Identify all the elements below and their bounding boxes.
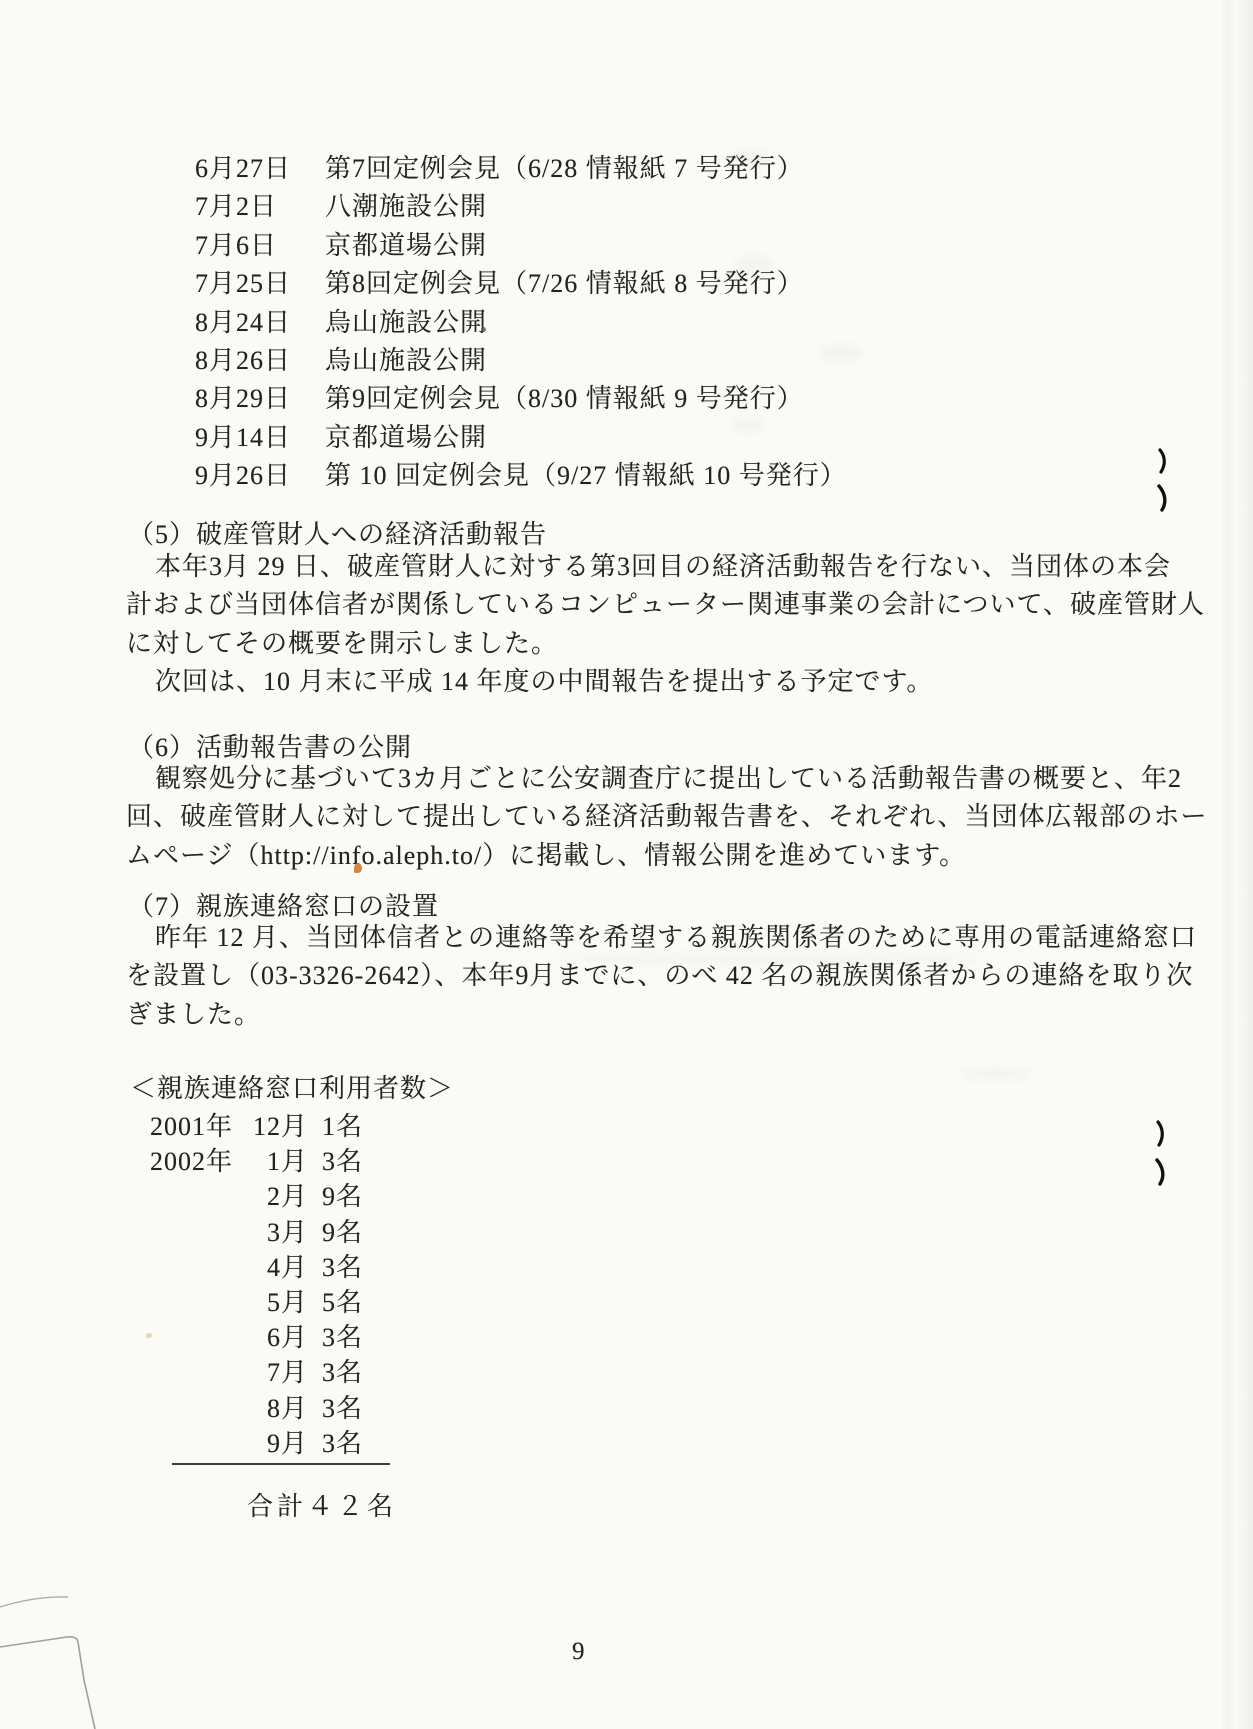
body-line: に対してその概要を開示しました。: [126, 625, 1205, 663]
section-5-body: 本年3月 29 日、破産管財人に対する第3回目の経済活動報告を行ない、当団体の本…: [126, 548, 1205, 702]
cell-count: 3名: [322, 1388, 363, 1425]
cell-month: 5月: [250, 1282, 308, 1319]
event-list: 6月27日 第7回定例会見（6/28 情報紙 7 号発行） 7月2日 八潮施設公…: [195, 148, 847, 494]
usage-table-total: 合計４２名: [247, 1486, 397, 1523]
page-number: 9: [572, 1638, 586, 1666]
cell-count: 1名: [322, 1106, 363, 1143]
event-description: 烏山施設公開: [325, 302, 487, 339]
event-description: 八潮施設公開: [325, 186, 487, 223]
event-description: 京都道場公開: [325, 225, 487, 262]
scan-smudge: [960, 1068, 1030, 1080]
scan-edge-shadow: [1221, 0, 1253, 1729]
cell-month: 7月: [250, 1352, 308, 1389]
scan-smudge: [733, 418, 763, 432]
cell-month: 3月: [250, 1212, 308, 1249]
event-date: 8月29日: [195, 378, 325, 415]
cell-month: 9月: [250, 1423, 308, 1460]
event-description: 京都道場公開: [325, 417, 487, 454]
usage-table-title: ＜親族連絡窓口利用者数＞: [130, 1068, 454, 1105]
event-date: 6月27日: [195, 148, 325, 185]
binding-mark-icon: [1150, 446, 1180, 516]
body-line: ぎました。: [126, 996, 1197, 1034]
body-line: 回、破産管財人に対して提出している経済活動報告書を、それぞれ、当団体広報部のホー: [126, 798, 1208, 836]
table-row: 2002年 1月 3名: [150, 1141, 363, 1176]
event-date: 7月2日: [195, 186, 325, 223]
cell-count: 3名: [322, 1317, 363, 1354]
ink-speck: [146, 1333, 152, 1338]
event-date: 8月24日: [195, 302, 325, 339]
stray-dot: [481, 327, 486, 332]
section-5-heading: （5）破産管財人への経済活動報告: [128, 514, 547, 551]
body-line: ムページ（http://info.aleph.to/）に掲載し、情報公開を進めて…: [126, 837, 1208, 875]
event-row: 8月29日 第9回定例会見（8/30 情報紙 9 号発行）: [195, 378, 847, 416]
table-row: 6月 3名: [150, 1317, 363, 1352]
table-row: 9月 3名: [150, 1423, 363, 1458]
cell-count: 9名: [322, 1176, 363, 1213]
section-6-heading: （6）活動報告書の公開: [128, 727, 412, 764]
scan-smudge: [560, 952, 980, 966]
table-row: 3月 9名: [150, 1212, 363, 1247]
cell-month: 6月: [250, 1317, 308, 1354]
cell-count: 5名: [322, 1282, 363, 1319]
section-7-body: 昨年 12 月、当団体信者との連絡等を希望する親族関係者のために専用の電話連絡窓…: [126, 919, 1197, 1034]
table-row: 5月 5名: [150, 1282, 363, 1317]
cell-month: 1月: [250, 1141, 308, 1178]
event-date: 7月6日: [195, 225, 325, 262]
scan-smudge: [733, 150, 767, 166]
cell-year: 2002年: [150, 1141, 250, 1178]
scanned-document-page: { "document": { "page_number": "9", "pap…: [0, 0, 1253, 1729]
event-row: 8月26日 烏山施設公開: [195, 340, 847, 378]
event-description: 第 10 回定例会見（9/27 情報紙 10 号発行）: [325, 455, 847, 492]
table-row: 8月 3名: [150, 1388, 363, 1423]
cell-count: 3名: [322, 1423, 363, 1460]
event-date: 8月26日: [195, 340, 325, 377]
event-row: 9月26日 第 10 回定例会見（9/27 情報紙 10 号発行）: [195, 455, 847, 493]
page-fold-lines: [0, 1540, 260, 1729]
usage-table: 2001年 12月 1名 2002年 1月 3名 2月 9名 3月 9名 4月 …: [150, 1106, 363, 1458]
event-description: 第7回定例会見（6/28 情報紙 7 号発行）: [325, 148, 804, 185]
body-line: 次回は、10 月末に平成 14 年度の中間報告を提出する予定です。: [126, 663, 1205, 701]
body-line: 本年3月 29 日、破産管財人に対する第3回目の経済活動報告を行ない、当団体の本…: [126, 548, 1205, 586]
table-row: 4月 3名: [150, 1247, 363, 1282]
table-row: 7月 3名: [150, 1352, 363, 1387]
body-line: 計および当団体信者が関係しているコンピューター関連事業の会計について、破産管財人: [126, 586, 1205, 624]
event-description: 烏山施設公開: [325, 340, 487, 377]
section-7-heading: （7）親族連絡窓口の設置: [128, 886, 439, 923]
cell-count: 3名: [322, 1352, 363, 1389]
cell-count: 9名: [322, 1212, 363, 1249]
ink-speck: [354, 863, 362, 873]
event-row: 8月24日 烏山施設公開: [195, 302, 847, 340]
section-6-body: 観察処分に基づいて3カ月ごとに公安調査庁に提出している活動報告書の概要と、年2 …: [126, 760, 1208, 875]
binding-mark-icon: [1148, 1118, 1178, 1190]
event-date: 9月14日: [195, 417, 325, 454]
scan-smudge: [820, 345, 862, 361]
cell-count: 3名: [322, 1141, 363, 1178]
event-description: 第9回定例会見（8/30 情報紙 9 号発行）: [325, 378, 804, 415]
event-date: 7月25日: [195, 263, 325, 300]
event-description: 第8回定例会見（7/26 情報紙 8 号発行）: [325, 263, 804, 300]
table-row: 2月 9名: [150, 1176, 363, 1211]
table-row: 2001年 12月 1名: [150, 1106, 363, 1141]
scan-smudge: [735, 256, 773, 274]
cell-month: 8月: [250, 1388, 308, 1425]
cell-count: 3名: [322, 1247, 363, 1284]
table-total-divider: [172, 1463, 390, 1465]
cell-month: 4月: [250, 1247, 308, 1284]
cell-year: 2001年: [150, 1106, 250, 1143]
event-date: 9月26日: [195, 455, 325, 492]
event-row: 7月2日 八潮施設公開: [195, 186, 847, 224]
cell-month: 2月: [250, 1176, 308, 1213]
body-line: 観察処分に基づいて3カ月ごとに公安調査庁に提出している活動報告書の概要と、年2: [126, 760, 1208, 798]
cell-month: 12月: [250, 1106, 308, 1143]
